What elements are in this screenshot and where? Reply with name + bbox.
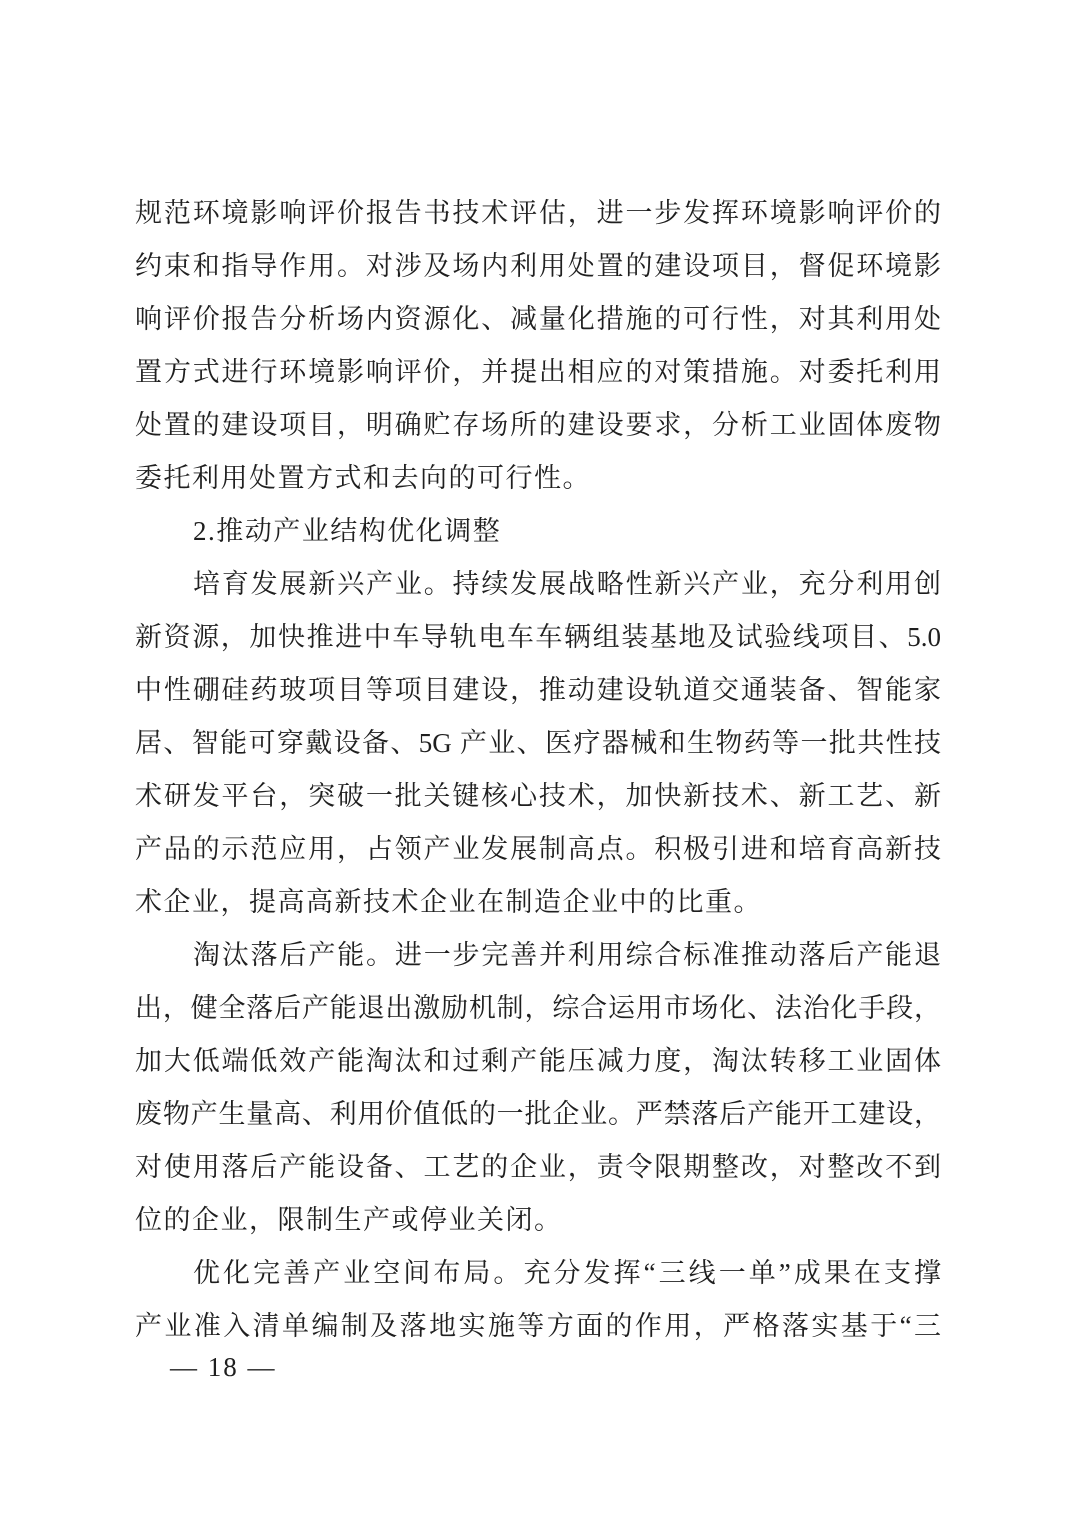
text-line: 对使用落后产能设备、工艺的企业，责令限期整改，对整改不到 (135, 1141, 941, 1194)
text-line: 优化完善产业空间布局。充分发挥“三线一单”成果在支撑 (135, 1247, 941, 1300)
text-line: 置方式进行环境影响评价，并提出相应的对策措施。对委托利用 (135, 346, 941, 399)
text-line: 术研发平台，突破一批关键核心技术，加快新技术、新工艺、新 (135, 770, 941, 823)
text-line: 约束和指导作用。对涉及场内利用处置的建设项目，督促环境影 (135, 240, 941, 293)
text-line: 淘汰落后产能。进一步完善并利用综合标准推动落后产能退 (135, 929, 941, 982)
page-number: — 18 — (170, 1341, 277, 1394)
text-line: 产品的示范应用，占领产业发展制高点。积极引进和培育高新技 (135, 823, 941, 876)
text-line: 新资源，加快推进中车导轨电车车辆组装基地及试验线项目、5.0 (135, 611, 941, 664)
document-page: 规范环境影响评价报告书技术评估，进一步发挥环境影响评价的 约束和指导作用。对涉及… (0, 0, 1074, 1520)
body-text: 规范环境影响评价报告书技术评估，进一步发挥环境影响评价的 约束和指导作用。对涉及… (135, 187, 941, 1353)
text-line: 术企业，提高高新技术企业在制造企业中的比重。 (135, 876, 941, 929)
text-line: 中性硼硅药玻项目等项目建设，推动建设轨道交通装备、智能家 (135, 664, 941, 717)
text-line: 规范环境影响评价报告书技术评估，进一步发挥环境影响评价的 (135, 187, 941, 240)
text-line: 加大低端低效产能淘汰和过剩产能压减力度，淘汰转移工业固体 (135, 1035, 941, 1088)
text-line: 委托利用处置方式和去向的可行性。 (135, 452, 941, 505)
text-line: 出，健全落后产能退出激励机制，综合运用市场化、法治化手段， (135, 982, 941, 1035)
text-line: 响评价报告分析场内资源化、减量化措施的可行性，对其利用处 (135, 293, 941, 346)
text-line: 废物产生量高、利用价值低的一批企业。严禁落后产能开工建设， (135, 1088, 941, 1141)
text-line: 位的企业，限制生产或停业关闭。 (135, 1194, 941, 1247)
section-heading: 2.推动产业结构优化调整 (135, 505, 941, 558)
text-line: 处置的建设项目，明确贮存场所的建设要求，分析工业固体废物 (135, 399, 941, 452)
text-line: 居、智能可穿戴设备、5G 产业、医疗器械和生物药等一批共性技 (135, 717, 941, 770)
text-line: 培育发展新兴产业。持续发展战略性新兴产业，充分利用创 (135, 558, 941, 611)
